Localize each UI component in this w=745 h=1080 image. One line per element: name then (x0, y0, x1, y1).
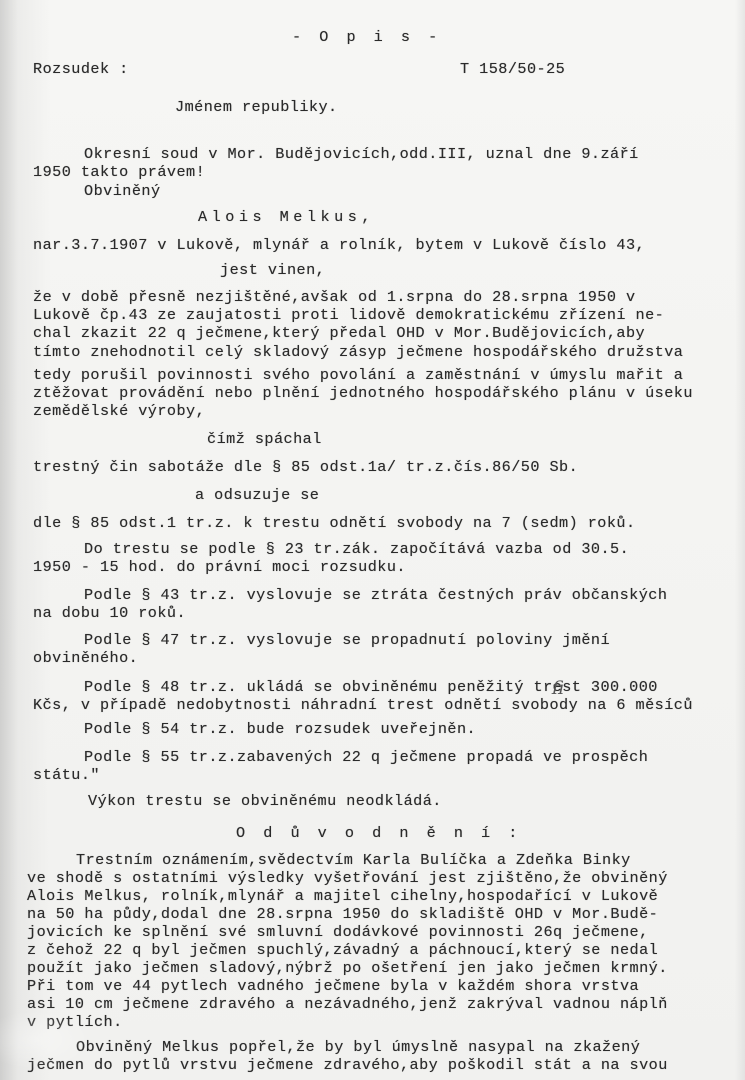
reasoning-line: ve shodě s ostatními výsledky vyšetřován… (27, 871, 668, 886)
penalty-line: Do trestu se podle § 23 tr.zák. započítá… (84, 542, 629, 557)
scanned-document-page: - O p i s - Rozsudek : T 158/50-25 Jméne… (0, 0, 745, 1080)
penalty-line: státu." (33, 768, 100, 783)
charge-line: chal zkazit 22 q ječmene,který předal OH… (33, 326, 645, 341)
accused-label: Obviněný (84, 184, 161, 199)
reasoning-line: jovicích ke splnění své smluvní dodávkov… (27, 925, 649, 940)
charge-line: Lukově čp.43 ze zaujatosti proti lidově … (33, 308, 664, 323)
document-label: Rozsudek : (33, 62, 129, 77)
reasoning-line: Při tom ve 44 pytlech vadného ječmene by… (27, 979, 639, 994)
document-header-title: - O p i s - (292, 30, 442, 45)
penalty-line: Podle § 54 tr.z. bude rozsudek uveřejněn… (84, 722, 476, 737)
charge-line: ztěžovat provádění nebo plnění jednotnéh… (33, 386, 693, 401)
penalty-line: 1950 - 15 hod. do právní moci rozsudku. (33, 560, 406, 575)
invocation: Jménem republiky. (175, 100, 338, 115)
reasoning-line: Obviněný Melkus popřel,že by byl úmyslně… (76, 1040, 640, 1055)
reasoning-line: z čehož 22 q byl ječmen spuchlý,závadný … (27, 943, 658, 958)
penalty-line: Podle § 43 tr.z. vyslovuje se ztráta čes… (84, 588, 667, 603)
committed-heading: čímž spáchal (207, 432, 322, 447)
verdict-intro-line: Okresní soud v Mor. Budějovicích,odd.III… (84, 147, 639, 162)
penalty-line: Podle § 47 tr.z. vyslovuje se propadnutí… (84, 633, 610, 648)
penalty-line: Kčs, v případě nedobytnosti náhradní tre… (33, 698, 693, 713)
sentence-heading: a odsuzuje se (195, 488, 319, 503)
accused-details: nar.3.7.1907 v Lukově, mlynář a rolník, … (33, 238, 645, 253)
sentence-text: dle § 85 odst.1 tr.z. k trestu odnětí sv… (33, 516, 636, 531)
charge-line: tedy porušil povinnosti svého povolání a… (33, 368, 683, 383)
verdict-intro-line: 1950 takto právem! (33, 165, 205, 180)
case-number: T 158/50-25 (460, 62, 565, 77)
execution-note: Výkon trestu se obviněnému neodkládá. (88, 794, 442, 809)
reasoning-line: Trestním oznámením,svědectvím Karla Bulí… (76, 853, 631, 868)
reasoning-heading: O d ů v o d n ě n í : (236, 826, 522, 841)
reasoning-line: použít jako ječmen sladový,nýbrž po ošet… (27, 961, 668, 976)
reasoning-line: na 50 ha půdy,dodal dne 28.srpna 1950 do… (27, 907, 658, 922)
reasoning-line: asi 10 cm ječmene zdravého a nezávadného… (27, 997, 668, 1012)
charge-line: že v době přesně nezjištěné,avšak od 1.s… (33, 290, 636, 305)
penalty-line: obviněného. (33, 651, 138, 666)
reasoning-line: Alois Melkus, rolník,mlynář a majitel ci… (27, 889, 658, 904)
reasoning-line: ječmen do pytlů vrstvu ječmene zdravého,… (27, 1058, 668, 1073)
charge-line: zemědělské výroby, (33, 404, 205, 419)
charge-line: tímto znehodnotil celý skladový zásyp je… (33, 345, 683, 360)
accused-name: Alois Melkus, (198, 210, 375, 225)
offense-text: trestný čin sabotáže dle § 85 odst.1a/ t… (33, 460, 578, 475)
penalty-line: Podle § 55 tr.z.zabavených 22 q ječmene … (84, 750, 648, 765)
guilt-heading: jest vinen, (220, 263, 325, 278)
penalty-line: Podle § 48 tr.z. ukládá se obviněnému pe… (84, 680, 658, 695)
scan-watermark (0, 1010, 90, 1070)
penalty-line: na dobu 10 roků. (33, 606, 186, 621)
